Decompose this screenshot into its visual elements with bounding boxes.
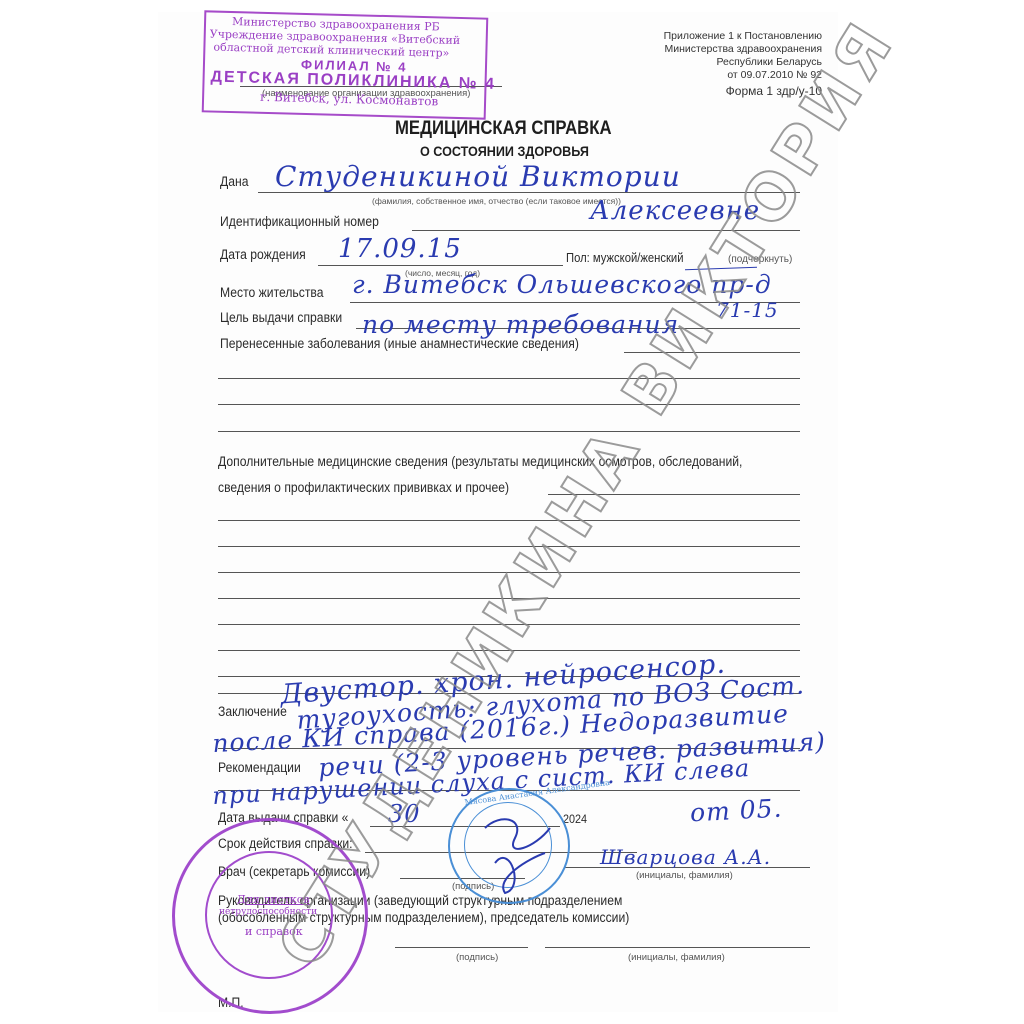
appendix-line: Приложение 1 к Постановлению bbox=[600, 30, 822, 43]
conclusion-line: от 05. bbox=[689, 794, 783, 828]
issued-to-label: Дана bbox=[220, 174, 248, 189]
diseases-label: Перенесенные заболевания (иные анамнести… bbox=[220, 336, 579, 351]
document-title: МЕДИЦИНСКАЯ СПРАВКА bbox=[395, 118, 612, 140]
appendix-line: от 09.07.2010 № 92 bbox=[600, 69, 822, 82]
additional-label-2: сведения о профилактических прививках и … bbox=[218, 480, 509, 495]
stamp-line: ДЕТСКАЯ ПОЛИКЛИНИКА № 4 bbox=[210, 68, 496, 93]
document-subtitle: О СОСТОЯНИИ ЗДОРОВЬЯ bbox=[420, 143, 589, 159]
birth-date-label: Дата рождения bbox=[220, 247, 306, 262]
organization-stamp: Министерство здравоохранения РБ Учрежден… bbox=[202, 10, 489, 119]
conclusion-label: Заключение bbox=[218, 704, 287, 719]
form-number: Форма 1 здр/у-10 bbox=[600, 85, 822, 98]
recommendations-label: Рекомендации bbox=[218, 760, 301, 775]
doctor-name[interactable]: Шварцова А.А. bbox=[600, 845, 771, 869]
issued-to-caption: (фамилия, собственное имя, отчество (есл… bbox=[372, 196, 621, 206]
appendix-block: Приложение 1 к Постановлению Министерств… bbox=[600, 30, 822, 98]
stamp-line: г. Витебск, ул. Космонавтов bbox=[260, 90, 438, 109]
birth-date-value[interactable]: 17.09.15 bbox=[338, 234, 462, 264]
id-label: Идентификационный номер bbox=[220, 214, 379, 229]
sex-label: Пол: мужской/женский bbox=[566, 251, 684, 265]
doctor-initials-caption: (инициалы, фамилия) bbox=[636, 870, 733, 881]
address-label: Место жительства bbox=[220, 285, 323, 300]
head-signature-caption: (подпись) bbox=[456, 952, 498, 963]
purpose-label: Цель выдачи справки bbox=[220, 310, 342, 325]
issued-to-value[interactable]: Студеникиной Виктории bbox=[275, 160, 681, 193]
appendix-line: Министерства здравоохранения bbox=[600, 43, 822, 56]
doctor-signature bbox=[455, 808, 575, 898]
purpose-value[interactable]: по месту требования bbox=[362, 310, 679, 339]
additional-label-1: Дополнительные медицинские сведения (рез… bbox=[218, 454, 742, 469]
appendix-line: Республики Беларусь bbox=[600, 56, 822, 69]
head-initials-caption: (инициалы, фамилия) bbox=[628, 952, 725, 963]
